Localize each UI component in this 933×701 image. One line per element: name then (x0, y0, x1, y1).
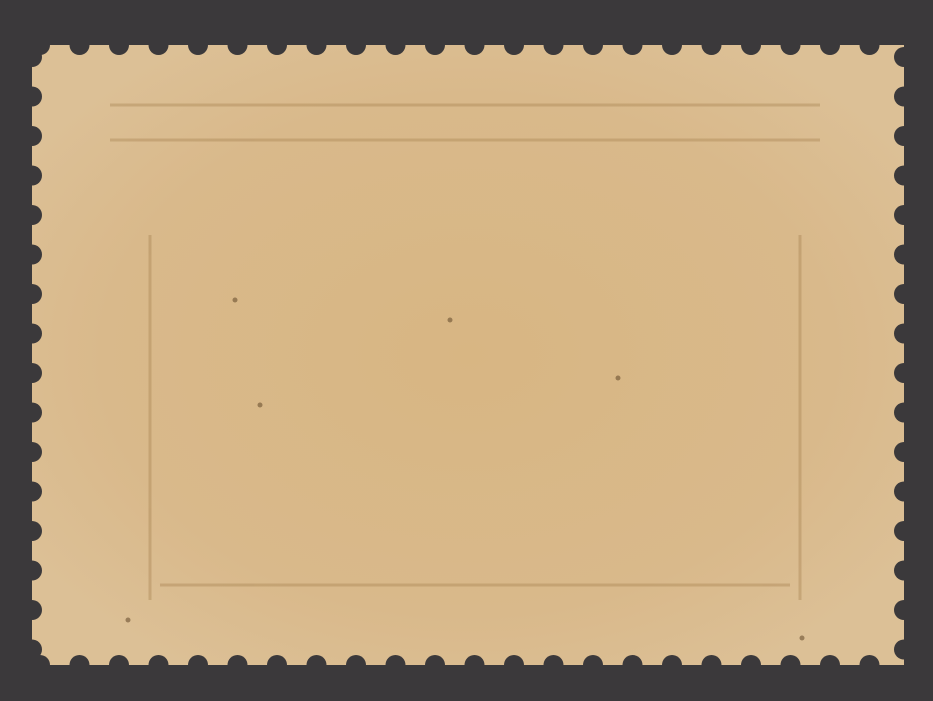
stamp-scene (0, 0, 933, 701)
paper-body (32, 45, 904, 665)
